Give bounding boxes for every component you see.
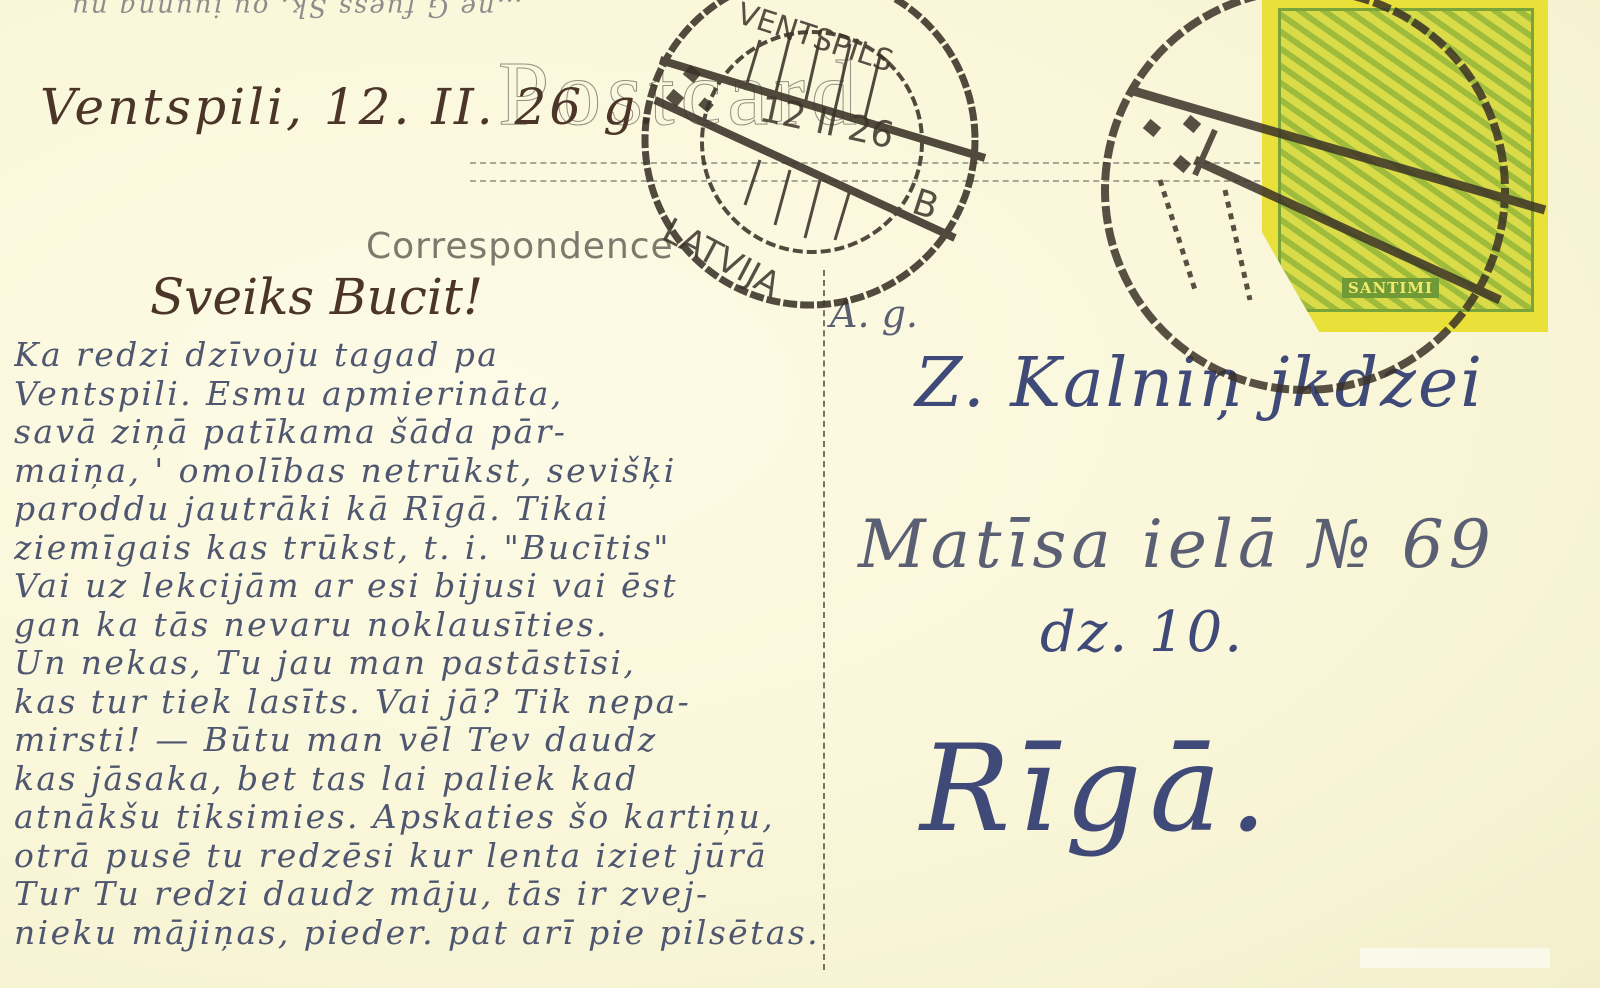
postmarks: 12 II 26 B LATVIJA VENTSPILS bbox=[0, 0, 1600, 988]
svg-text:12 II 26: 12 II 26 bbox=[756, 89, 897, 157]
svg-text:LATVIJA: LATVIJA bbox=[656, 211, 787, 306]
svg-text:VENTSPILS: VENTSPILS bbox=[733, 0, 898, 80]
postcard-back: …ne Ģ fuess Sk. ou iuunng nu Postcard Co… bbox=[0, 0, 1600, 988]
watermark bbox=[1360, 948, 1550, 968]
postmark-secondary-icon bbox=[1105, 0, 1545, 390]
